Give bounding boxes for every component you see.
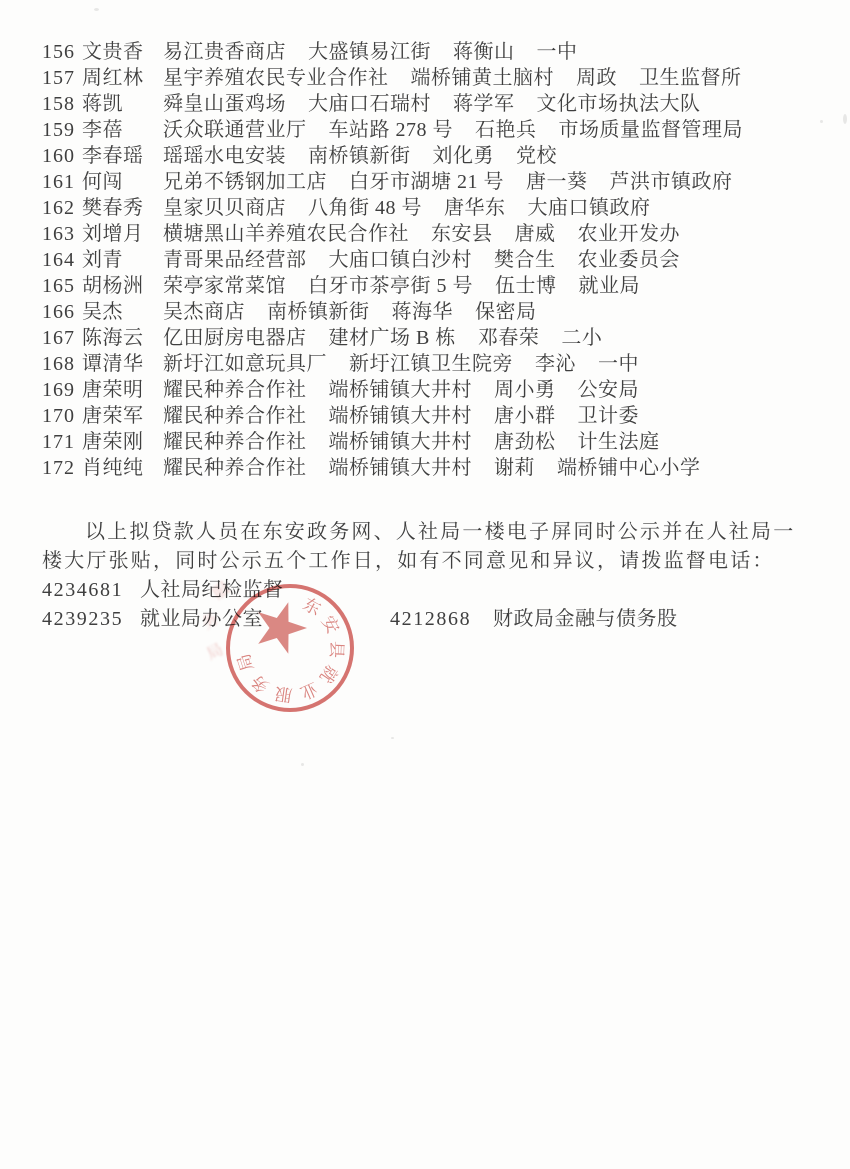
contact-person: 蒋衡山 [453,39,515,65]
applicant-name: 吴杰 [82,299,163,325]
contact-person: 李沁 [535,351,576,377]
business-name: 耀民种养合作社 [163,429,307,455]
business-name: 星宇养殖农民专业合作社 [163,65,389,91]
business-name: 瑶瑶水电安装 [163,143,286,169]
loan-applicant-list: 156文贵香易江贵香商店大盛镇易江街蒋衡山一中157周红林星宇养殖农民专业合作社… [42,39,820,481]
row-number: 166 [42,299,82,325]
notice-line-2: 楼大厅张贴，同时公示五个工作日，如有不同意见和异议，请拨监督电话： [42,547,820,576]
row-number: 161 [42,169,82,195]
work-unit: 文化市场执法大队 [537,91,701,117]
row-number: 165 [42,273,82,299]
applicant-name: 唐荣明 [82,377,163,403]
contact-person: 邓春荣 [478,325,540,351]
business-address: 端桥铺镇大井村 [329,455,473,481]
contact-person: 唐小群 [494,403,556,429]
applicant-name: 李蓓 [82,117,163,143]
list-row: 168谭清华新圩江如意玩具厂新圩江镇卫生院旁李沁一中 [42,351,820,377]
seal-text-char: 局 [234,651,257,673]
business-name: 兄弟不锈钢加工店 [163,169,327,195]
scan-speck [820,120,823,123]
contact-person: 周政 [576,65,617,91]
business-name: 横塘黑山羊养殖农民合作社 [163,221,409,247]
list-row: 156文贵香易江贵香商店大盛镇易江街蒋衡山一中 [42,39,820,65]
row-number: 160 [42,143,82,169]
applicant-name: 刘青 [82,247,163,273]
work-unit: 一中 [537,39,578,65]
phone-line-2: 4239235 就业局办公室 4212868 财政局金融与债务股 [42,605,820,634]
business-name: 皇家贝贝商店 [163,195,286,221]
business-name: 荣亭家常菜馆 [163,273,286,299]
applicant-name: 樊春秀 [82,195,163,221]
work-unit: 农业开发办 [578,221,681,247]
row-number: 168 [42,351,82,377]
row-number: 171 [42,429,82,455]
business-address: 端桥铺镇大井村 [329,429,473,455]
business-address: 建材广场 B 栋 [329,325,456,351]
business-address: 八角街 48 号 [308,195,422,221]
business-address: 大庙口石瑞村 [308,91,431,117]
business-name: 耀民种养合作社 [163,455,307,481]
work-unit: 端桥铺中心小学 [557,455,701,481]
list-row: 166吴杰吴杰商店南桥镇新街蒋海华保密局 [42,299,820,325]
scanned-document-page: 156文贵香易江贵香商店大盛镇易江街蒋衡山一中157周红林星宇养殖农民专业合作社… [0,0,850,1169]
list-row: 169唐荣明耀民种养合作社端桥铺镇大井村周小勇公安局 [42,377,820,403]
contact-person: 唐劲松 [494,429,556,455]
business-address: 南桥镇新街 [267,299,370,325]
list-row: 159李蓓沃众联通营业厅车站路 278 号石艳兵市场质量监督管理局 [42,117,820,143]
seal-text-char: 就 [316,662,341,687]
contact-person: 周小勇 [494,377,556,403]
work-unit: 市场质量监督管理局 [559,117,744,143]
list-row: 172肖纯纯耀民种养合作社端桥铺镇大井村谢莉端桥铺中心小学 [42,455,820,481]
phone-department: 财政局金融与债务股 [493,605,678,634]
seal-ghost-char: 局 [204,640,226,663]
list-row: 157周红林星宇养殖农民专业合作社端桥铺黄土脑村周政卫生监督所 [42,65,820,91]
list-row: 171唐荣刚耀民种养合作社端桥铺镇大井村唐劲松计生法庭 [42,429,820,455]
work-unit: 卫生监督所 [639,65,742,91]
applicant-name: 谭清华 [82,351,163,377]
applicant-name: 李春瑶 [82,143,163,169]
contact-person: 蒋海华 [392,299,454,325]
notice-paragraph: 以上拟贷款人员在东安政务网、人社局一楼电子屏同时公示并在人社局一 楼大厅张贴，同… [42,518,820,576]
work-unit: 党校 [516,143,557,169]
row-number: 170 [42,403,82,429]
business-name: 易江贵香商店 [163,39,286,65]
business-address: 大盛镇易江街 [308,39,431,65]
list-row: 163刘增月横塘黑山羊养殖农民合作社东安县唐威农业开发办 [42,221,820,247]
row-number: 158 [42,91,82,117]
business-address: 白牙市茶亭街 5 号 [308,273,473,299]
work-unit: 一中 [598,351,639,377]
row-number: 172 [42,455,82,481]
scan-speck [301,763,304,766]
list-row: 164刘青青哥果品经营部大庙口镇白沙村樊合生农业委员会 [42,247,820,273]
phone-department: 人社局纪检监督 [140,576,284,605]
row-number: 169 [42,377,82,403]
contact-person: 蒋学军 [453,91,515,117]
list-row: 167陈海云亿田厨房电器店建材广场 B 栋邓春荣二小 [42,325,820,351]
business-name: 亿田厨房电器店 [163,325,307,351]
business-address: 东安县 [431,221,493,247]
business-address: 大庙口镇白沙村 [329,247,473,273]
business-name: 青哥果品经营部 [163,247,307,273]
business-address: 端桥铺镇大井村 [329,403,473,429]
row-number: 159 [42,117,82,143]
applicant-name: 刘增月 [82,221,163,247]
row-number: 156 [42,39,82,65]
work-unit: 卫计委 [578,403,640,429]
applicant-name: 胡杨洲 [82,273,163,299]
work-unit: 农业委员会 [578,247,681,273]
business-address: 白牙市湖塘 21 号 [349,169,504,195]
applicant-name: 陈海云 [82,325,163,351]
list-row: 158蒋凯舜皇山蛋鸡场大庙口石瑞村蒋学军文化市场执法大队 [42,91,820,117]
business-name: 耀民种养合作社 [163,403,307,429]
business-name: 新圩江如意玩具厂 [163,351,327,377]
list-row: 162樊春秀皇家贝贝商店八角街 48 号唐华东大庙口镇政府 [42,195,820,221]
work-unit: 二小 [561,325,602,351]
row-number: 157 [42,65,82,91]
business-address: 车站路 278 号 [329,117,454,143]
business-address: 南桥镇新街 [308,143,411,169]
work-unit: 计生法庭 [578,429,660,455]
phone-number: 4234681 [42,576,140,605]
applicant-name: 文贵香 [82,39,163,65]
contact-person: 唐一葵 [526,169,588,195]
business-name: 吴杰商店 [163,299,245,325]
row-number: 162 [42,195,82,221]
contact-person: 樊合生 [494,247,556,273]
contact-person: 唐威 [515,221,556,247]
applicant-name: 唐荣刚 [82,429,163,455]
applicant-name: 何闯 [82,169,163,195]
contact-person: 石艳兵 [475,117,537,143]
work-unit: 保密局 [475,299,537,325]
business-address: 新圩江镇卫生院旁 [349,351,513,377]
row-number: 164 [42,247,82,273]
seal-text-char: 县 [327,641,347,659]
contact-person: 刘化勇 [433,143,495,169]
phone-department: 就业局办公室 [140,605,390,634]
business-name: 沃众联通营业厅 [163,117,307,143]
applicant-name: 蒋凯 [82,91,163,117]
row-number: 163 [42,221,82,247]
scan-speck [843,114,847,124]
contact-person: 谢莉 [494,455,535,481]
work-unit: 大庙口镇政府 [528,195,651,221]
business-address: 端桥铺镇大井村 [329,377,473,403]
notice-line-1: 以上拟贷款人员在东安政务网、人社局一楼电子屏同时公示并在人社局一 [42,518,820,547]
business-name: 耀民种养合作社 [163,377,307,403]
business-address: 端桥铺黄土脑村 [411,65,555,91]
applicant-name: 肖纯纯 [82,455,163,481]
phone-number: 4212868 [390,605,493,634]
row-number: 167 [42,325,82,351]
list-row: 160李春瑶瑶瑶水电安装南桥镇新街刘化勇党校 [42,143,820,169]
phone-number: 4239235 [42,605,140,634]
scan-speck [94,8,99,11]
contact-person: 伍士博 [495,273,557,299]
applicant-name: 周红林 [82,65,163,91]
seal-text-char: 业 [297,678,320,702]
work-unit: 就业局 [579,273,641,299]
seal-text-char: 服 [274,683,293,704]
supervision-phone-list: 4234681 人社局纪检监督 4239235 就业局办公室 4212868 财… [42,576,820,634]
work-unit: 公安局 [578,377,640,403]
list-row: 170唐荣军耀民种养合作社端桥铺镇大井村唐小群卫计委 [42,403,820,429]
seal-text-char: 务 [247,671,272,696]
contact-person: 唐华东 [444,195,506,221]
applicant-name: 唐荣军 [82,403,163,429]
business-name: 舜皇山蛋鸡场 [163,91,286,117]
work-unit: 芦洪市镇政府 [610,169,733,195]
list-row: 165胡杨洲荣亭家常菜馆白牙市茶亭街 5 号伍士博就业局 [42,273,820,299]
list-row: 161何闯兄弟不锈钢加工店白牙市湖塘 21 号唐一葵芦洪市镇政府 [42,169,820,195]
scan-speck [391,737,394,739]
phone-line-1: 4234681 人社局纪检监督 [42,576,820,605]
